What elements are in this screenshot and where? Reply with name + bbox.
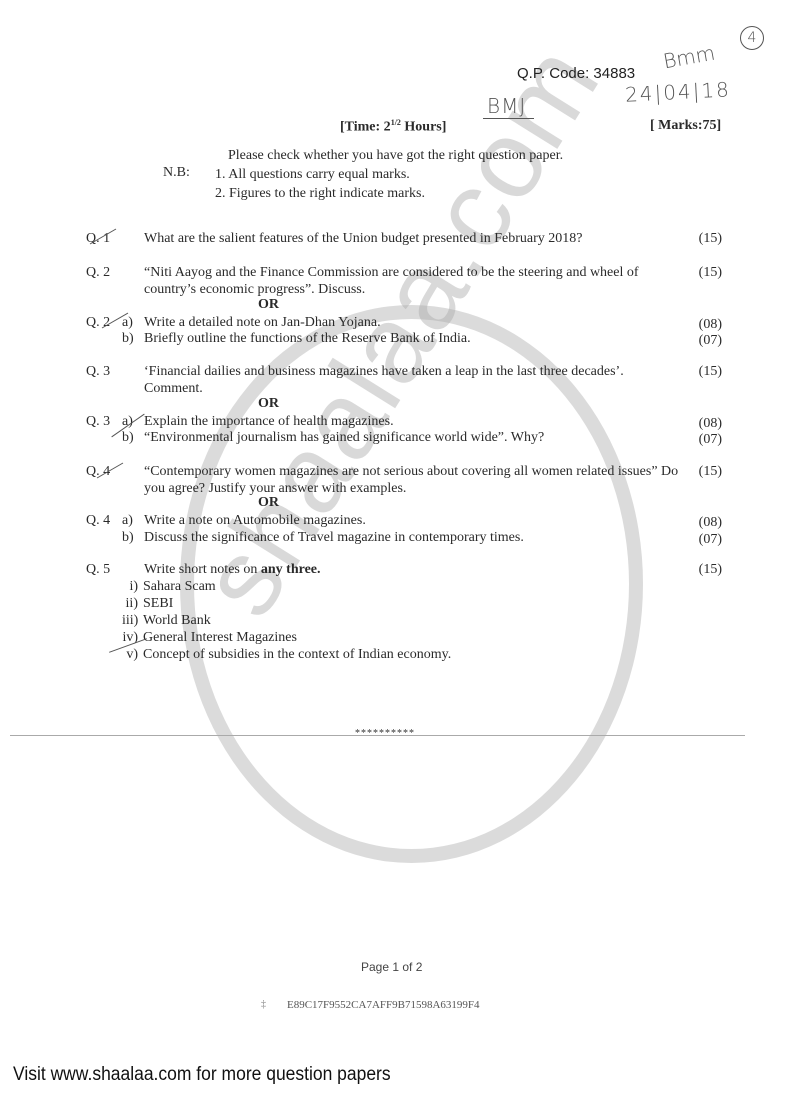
handwritten-code: BMJ [483,94,534,119]
instruction-item: 1. All questions carry equal marks. [215,165,425,184]
question-text-prefix: Write short notes on [144,562,261,577]
handwritten-course: Bmm [661,41,716,74]
list-item: Sahara Scam [143,578,451,595]
item-label: i) [122,578,138,595]
question-marks: (15) [699,561,722,578]
end-marker: ********** [355,728,415,739]
question-text: ‘Financial dailies and business magazine… [144,363,674,397]
question-marks: (15) [699,463,722,480]
part-marks: (08) [699,316,722,333]
question-text: Write short notes on any three. [144,561,674,578]
or-separator: OR [258,495,279,511]
part-text: Write a detailed note on Jan-Dhan Yojana… [144,314,381,331]
part-marks: (07) [699,531,722,548]
part-label: a) [122,314,133,331]
or-separator: OR [258,297,279,313]
handwritten-date: 24|04|18 [624,77,731,107]
item-label: ii) [122,595,138,612]
promo-footer: Visit www.shaalaa.com for more question … [13,1064,391,1086]
part-label: b) [122,529,134,546]
q5-item-texts: Sahara Scam SEBI World Bank General Inte… [143,578,451,663]
item-label: v) [122,646,138,663]
question-marks: (15) [699,230,722,247]
list-item: General Interest Magazines [143,629,451,646]
part-text: “Environmental journalism has gained sig… [144,429,544,446]
qp-code: Q.P. Code: 34883 [517,65,635,82]
document-hash: E89C17F9552CA7AFF9B71598A63199F4 [287,999,480,1011]
part-text: Write a note on Automobile magazines. [144,512,366,529]
question-text-emphasis: any three. [261,562,321,577]
part-marks: (07) [699,332,722,349]
question-number: Q. 2 [86,314,110,331]
time-label: [Time: 2 [340,120,391,135]
item-label: iii) [122,612,138,629]
question-number: Q. 3 [86,413,110,430]
question-marks: (15) [699,363,722,380]
check-paper-note: Please check whether you have got the ri… [228,148,563,164]
list-item: World Bank [143,612,451,629]
list-item: Concept of subsidies in the context of I… [143,646,451,663]
part-text: Discuss the significance of Travel magaz… [144,529,524,546]
question-number: Q. 3 [86,363,110,380]
part-label: b) [122,429,134,446]
question-text: What are the salient features of the Uni… [144,230,674,247]
time-suffix: Hours] [401,120,447,135]
time-fraction: 1/2 [391,118,401,127]
question-number: Q. 2 [86,264,110,281]
or-separator: OR [258,396,279,412]
nb-label: N.B: [163,165,190,181]
part-label: a) [122,512,133,529]
part-marks: (07) [699,431,722,448]
part-marks: (08) [699,514,722,531]
total-marks: [ Marks:75] [650,118,721,134]
question-number: Q. 5 [86,561,110,578]
page-number: Page 1 of 2 [361,960,422,974]
handwritten-circled-number: 4 [740,26,764,50]
list-item: SEBI [143,595,451,612]
q5-item-labels: i) ii) iii) iv) v) [122,578,138,663]
part-text: Explain the importance of health magazin… [144,413,394,430]
instruction-item: 2. Figures to the right indicate marks. [215,184,425,203]
part-marks: (08) [699,415,722,432]
part-text: Briefly outline the functions of the Res… [144,330,471,347]
instruction-list: 1. All questions carry equal marks. 2. F… [215,165,425,203]
question-number: Q. 4 [86,512,110,529]
hash-mark: ‡ [261,999,266,1010]
exam-duration: [Time: 21/2 Hours] [340,118,446,136]
part-label: b) [122,330,134,347]
question-text: “Niti Aayog and the Finance Commission a… [144,264,674,298]
question-text: “Contemporary women magazines are not se… [144,463,689,497]
question-marks: (15) [699,264,722,281]
